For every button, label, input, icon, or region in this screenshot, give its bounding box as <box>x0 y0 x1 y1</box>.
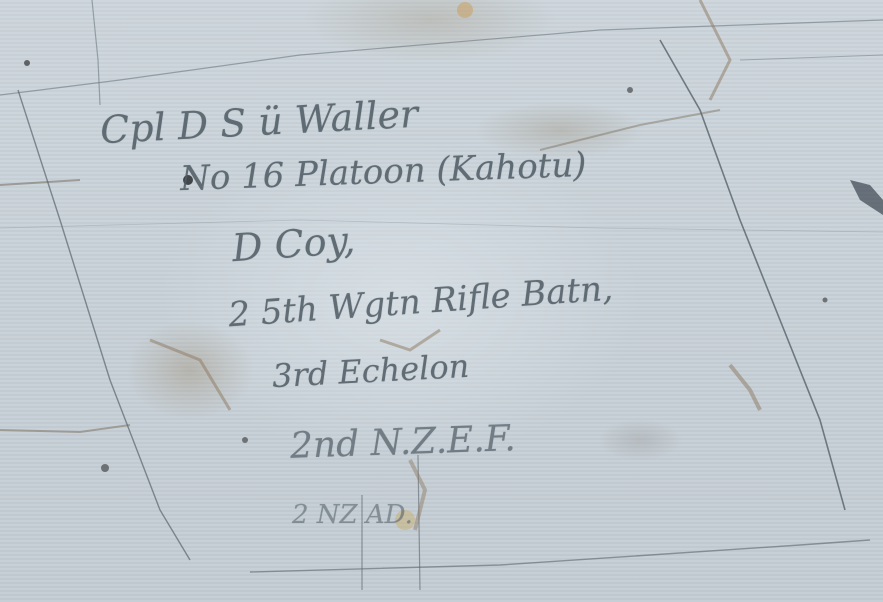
inscription-line-force: 2nd N.Z.E.F. <box>289 418 516 467</box>
inscription-line-division: 2 NZ AD. <box>292 500 413 530</box>
weathered-wall: Cpl D S ü Waller No 16 Platoon (Kahotu) … <box>0 0 883 602</box>
inscription-line-company: D Coy, <box>231 218 357 270</box>
